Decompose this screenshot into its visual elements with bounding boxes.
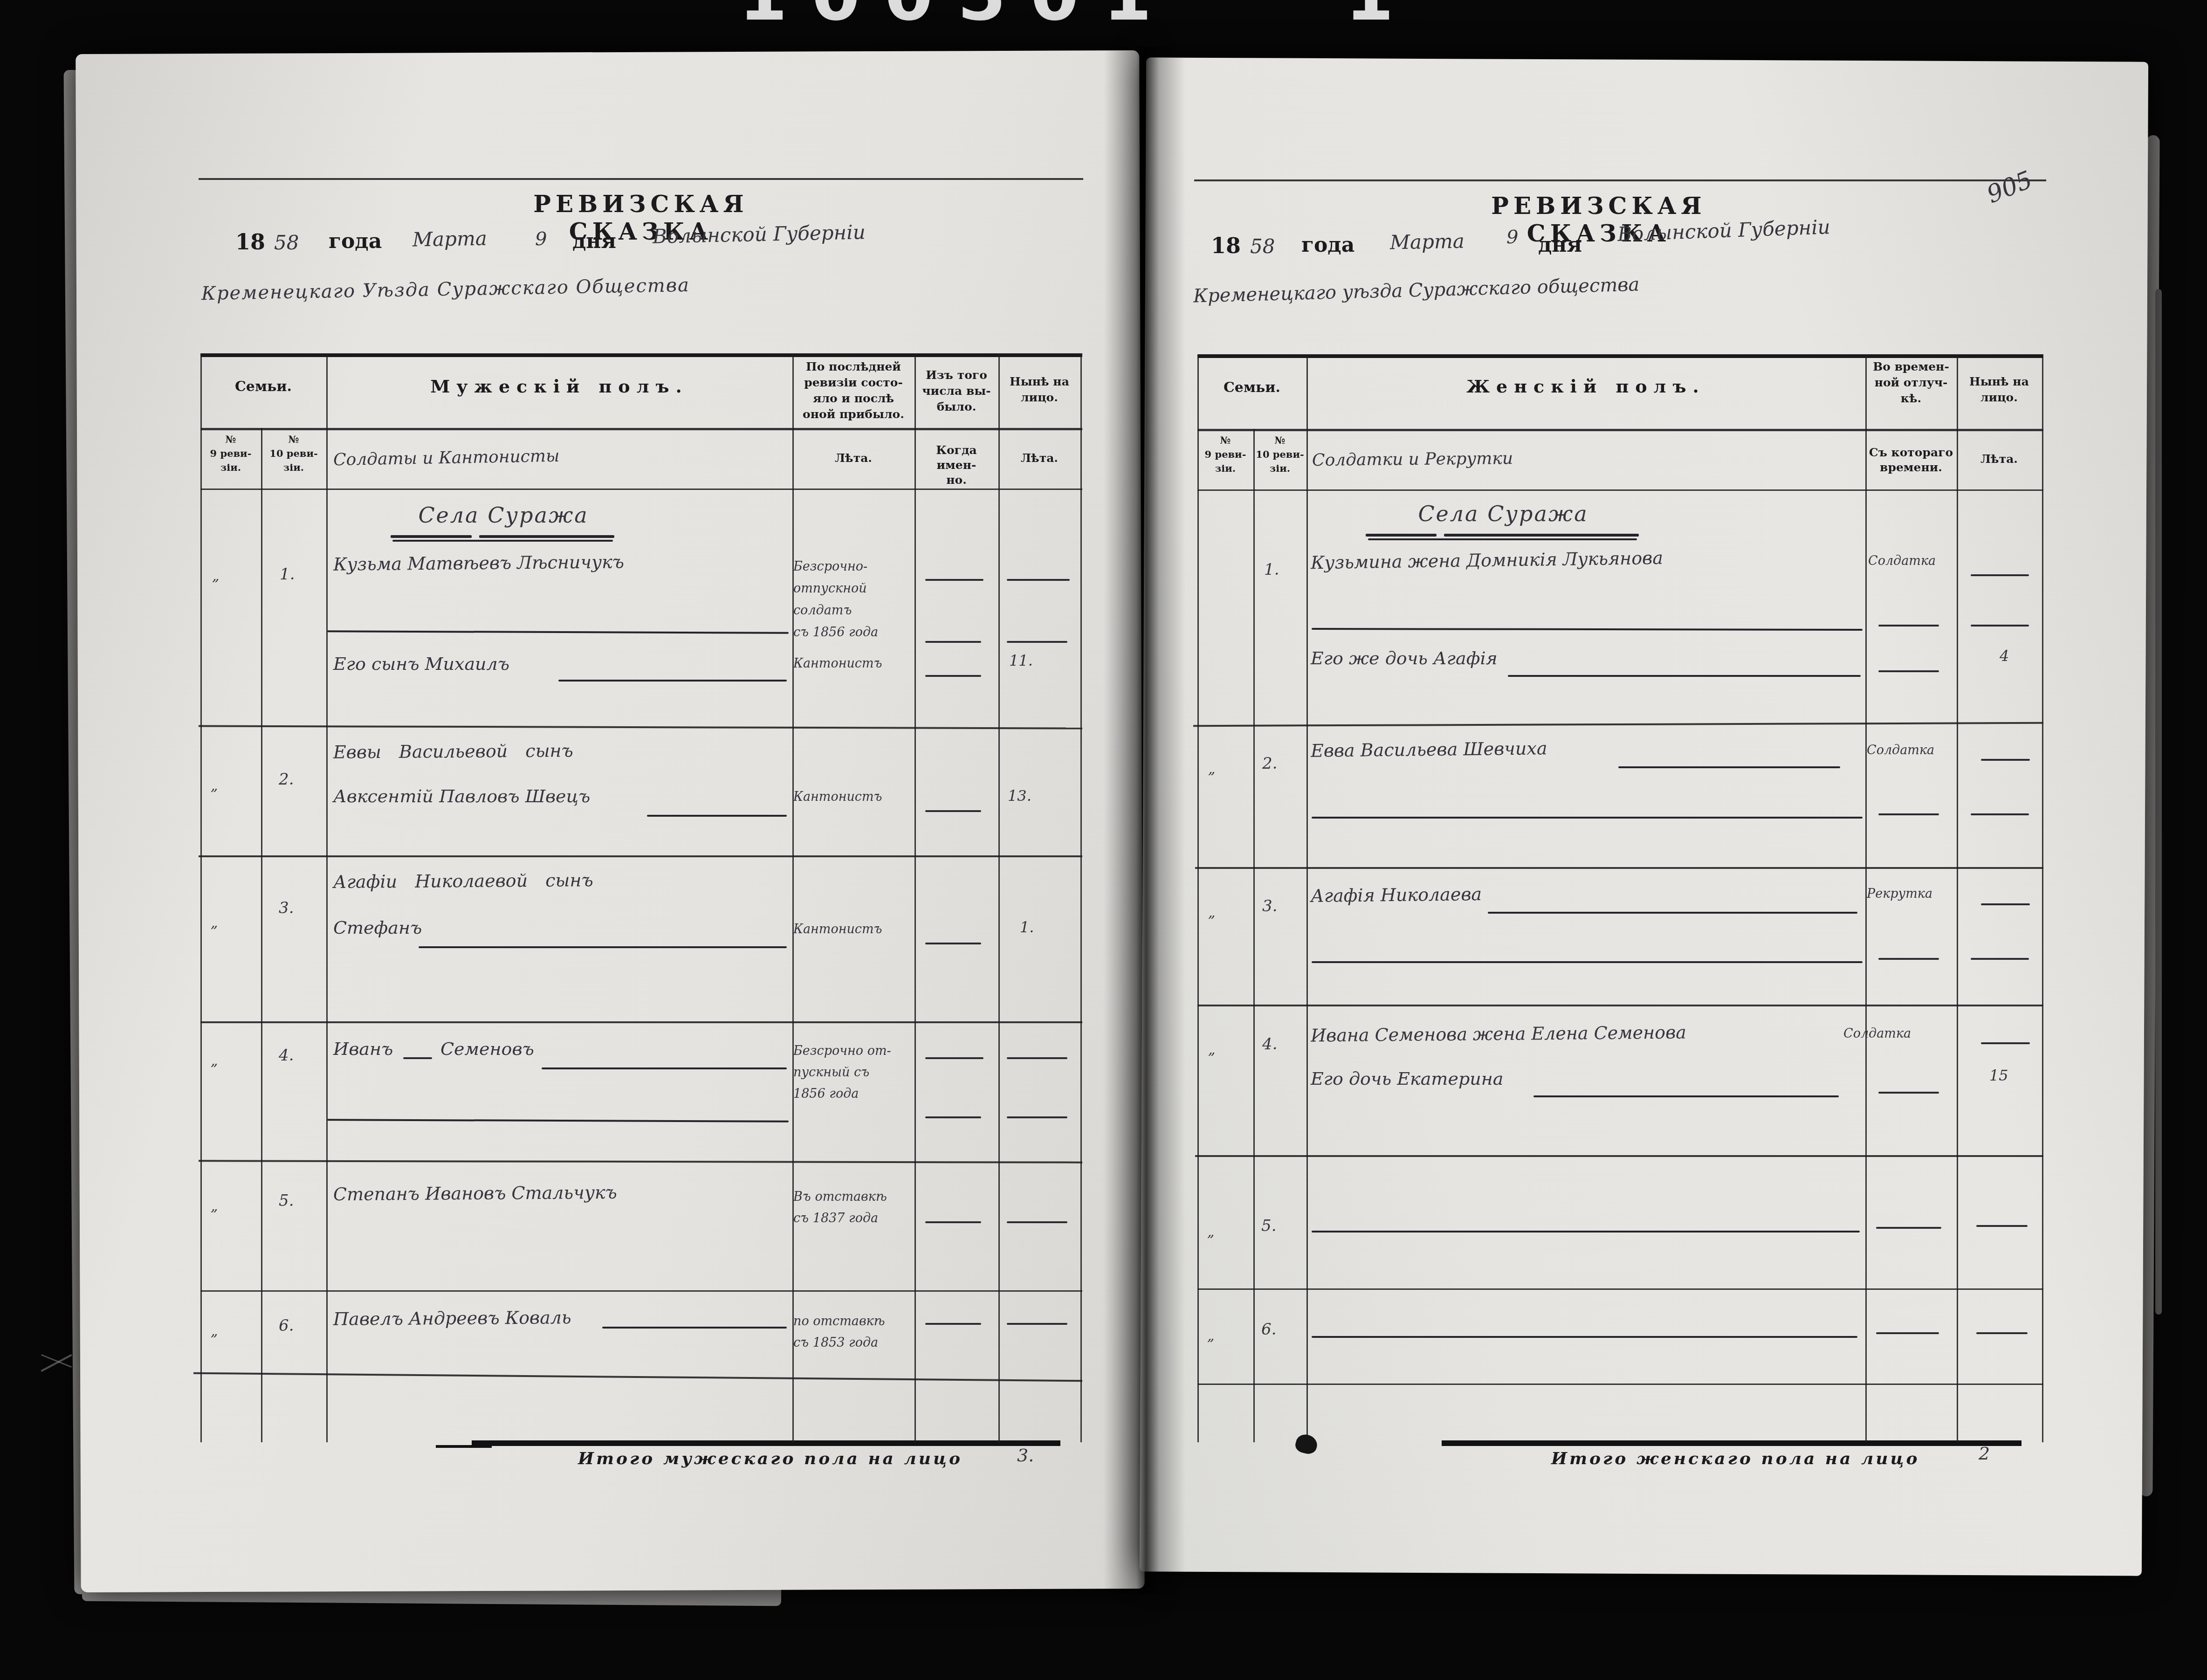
ink-dash	[1878, 670, 1939, 672]
ink-dash	[1971, 813, 2029, 815]
left-row-1-sub-age: 11.	[1009, 652, 1033, 669]
right-row-4-status: Солдатка	[1843, 1026, 1911, 1041]
right-col-present-sub: Лѣта.	[1958, 452, 2041, 466]
right-row-5-num: 5.	[1261, 1217, 1276, 1235]
left-row-4-name2: Семеновъ	[440, 1039, 534, 1059]
right-row-1-status: Солдатка	[1868, 554, 1936, 568]
left-row-5-name: Степанъ Ивановъ Стальчукъ	[333, 1182, 617, 1205]
ink-dash	[1007, 1057, 1067, 1059]
left-date-hw-day: 9	[535, 228, 547, 250]
left-row-4-rev9: „	[211, 1053, 218, 1069]
right-col-rev9: № 9 реви- зіи.	[1197, 434, 1253, 475]
ink-rule	[1488, 912, 1857, 914]
ink-rule	[1312, 1336, 1857, 1338]
left-row-1-rev9: „	[212, 568, 220, 584]
table-line	[914, 353, 916, 1442]
table-line	[1197, 1384, 2043, 1385]
film-frame-counter: 100501	[739, 0, 1289, 28]
left-footer-value: 3.	[1017, 1445, 1034, 1466]
book-gutter-shadow	[1104, 47, 1185, 1594]
left-col-main: Мужескій полъ.	[326, 376, 792, 397]
ink-rule	[602, 1327, 787, 1329]
ink-rule	[1444, 534, 1639, 537]
table-line	[261, 428, 262, 1442]
left-row-4-name: Иванъ	[333, 1039, 393, 1059]
table-line	[2042, 354, 2043, 1442]
table-line	[200, 353, 1082, 357]
left-row-1-status: Безсрочно- отпускной солдатъ съ 1856 год…	[793, 556, 910, 643]
ink-rule	[419, 946, 787, 948]
left-row-5-status: Въ отставкѣ съ 1837 года	[793, 1186, 910, 1229]
table-line	[1080, 353, 1082, 1442]
right-col-rev10: № 10 реви- зіи.	[1253, 434, 1306, 475]
table-line	[1197, 354, 2043, 358]
revision-list-scan: 100501 1 РЕВИЗСКАЯ СКАЗКА 18 58 года Мар…	[0, 0, 2207, 1680]
table-line	[1197, 429, 2043, 431]
right-row-1-sub-name: Его же дочь Агафія	[1311, 648, 1498, 668]
table-line	[200, 1021, 1082, 1023]
ink-dash	[1981, 1042, 2030, 1044]
right-row-3-name: Агафія Николаева	[1311, 884, 1482, 906]
ink-rule	[1312, 961, 1863, 963]
right-date-hw-month: Марта	[1390, 230, 1465, 254]
table-line	[1195, 867, 2043, 869]
ink-rule	[1533, 1095, 1839, 1097]
left-row-2-line1: Еввы Васильевой сынъ	[333, 740, 573, 763]
left-row-2-status: Кантонистъ	[793, 790, 882, 804]
left-col-last-revision: По послѣдней ревизіи состо- яло и послѣ …	[793, 359, 914, 422]
table-line	[200, 353, 202, 1442]
left-row-1-name: Кузьма Матвѣевъ Лѣсничукъ	[333, 551, 624, 574]
ink-dash	[1878, 1092, 1939, 1094]
right-row-4-sub-age: 15	[1989, 1067, 2008, 1084]
left-row-5-num: 5.	[279, 1191, 294, 1210]
left-row-2-age: 13.	[1008, 787, 1031, 805]
table-line	[1197, 1005, 2043, 1006]
left-footer-label: Итого мужескаго пола на лицо	[578, 1449, 963, 1468]
right-col-present: Нынѣ на лицо.	[1958, 374, 2041, 406]
right-date-hw-day: 9	[1506, 227, 1518, 248]
right-col-absent: Во времен- ной отлуч- кѣ.	[1866, 359, 1956, 406]
ink-dash	[1876, 1332, 1939, 1334]
right-row-5-rev9: „	[1207, 1224, 1215, 1240]
left-col-departed: Изъ того числа вы- было.	[915, 367, 997, 415]
ink-dash	[1976, 1332, 2028, 1334]
film-frame-stray-digit: 1	[1345, 0, 1406, 26]
left-date-printed-year: 18	[235, 229, 265, 255]
ink-rule	[1508, 675, 1861, 677]
page-top-rule	[1194, 179, 2046, 181]
table-line	[1197, 354, 1199, 1442]
ink-dash	[1007, 1221, 1067, 1223]
left-col-family: Семьи.	[200, 379, 326, 395]
ink-dash	[1878, 813, 1939, 815]
left-row-1-sub-name: Его сынъ Михаилъ	[333, 654, 509, 674]
right-date-hw-year: 58	[1250, 235, 1275, 258]
table-line	[998, 353, 1000, 1442]
left-row-2-rev9: „	[211, 778, 218, 794]
ink-rule	[542, 1067, 787, 1069]
ink-rule	[1366, 534, 1437, 537]
left-row-6-rev9: „	[211, 1323, 218, 1339]
right-row-2-name: Евва Васильева Шевчиха	[1311, 738, 1547, 761]
right-row-1-sub-age: 4	[2000, 647, 2009, 665]
left-row-4-num: 4.	[279, 1046, 294, 1065]
ink-dash	[1007, 1116, 1067, 1118]
left-col-present: Нынѣ на лицо.	[999, 374, 1079, 406]
ink-rule	[391, 535, 472, 538]
right-date-printed-year: 18	[1211, 233, 1241, 258]
ink-dash	[1007, 641, 1067, 643]
right-row-6-num: 6.	[1261, 1320, 1276, 1339]
ink-rule	[392, 540, 613, 542]
left-date-printed-goda: года	[329, 229, 382, 253]
table-line	[199, 855, 1082, 857]
film-frame-stray-digit-wrap: 1	[1345, 0, 1406, 26]
left-col-rev10: № 10 реви- зіи.	[261, 433, 326, 475]
table-line	[200, 489, 1082, 490]
table-footer-rule	[472, 1440, 1060, 1446]
ink-rule	[479, 535, 614, 538]
table-footer-rule	[1442, 1440, 2021, 1446]
right-row-6-rev9: „	[1207, 1328, 1215, 1344]
table-line	[200, 1290, 1082, 1292]
ink-dash	[1981, 759, 2030, 761]
table-line	[1957, 354, 1958, 1442]
left-row-3-num: 3.	[279, 899, 294, 917]
right-footer-label: Итого женскаго пола на лицо	[1551, 1449, 1919, 1468]
ink-dash	[925, 1057, 983, 1059]
left-date-hw-year: 58	[274, 231, 299, 254]
ink-dash	[1878, 958, 1939, 960]
ink-rule	[1618, 766, 1840, 768]
ink-dash	[1971, 958, 2029, 960]
right-col-main: Женскій полъ.	[1306, 376, 1865, 397]
ink-dash	[925, 810, 981, 812]
right-date-printed-goda: года	[1301, 233, 1354, 257]
left-row-1-sub-status: Кантонистъ	[793, 656, 882, 671]
right-footer-value: 2	[1979, 1443, 1990, 1464]
left-row-5-rev9: „	[211, 1198, 218, 1214]
ink-rule	[647, 815, 787, 817]
table-line	[1197, 1288, 2043, 1290]
right-row-4-num: 4.	[1262, 1035, 1277, 1053]
right-row-2-rev9: „	[1208, 761, 1216, 777]
table-line	[1197, 489, 2043, 491]
left-row-3-status: Кантонистъ	[793, 922, 882, 936]
left-row-6-status: по отставкѣ съ 1853 года	[793, 1311, 910, 1354]
table-footer-rule	[436, 1445, 492, 1448]
left-date-hw-province: Волынской Губерніи	[653, 220, 866, 248]
ink-rule	[1312, 1231, 1860, 1232]
right-col-family: Семьи.	[1197, 379, 1306, 396]
left-col-present-sub: Лѣта.	[999, 451, 1079, 465]
left-col-rev9: № 9 реви- зіи.	[200, 433, 261, 475]
table-line	[1306, 354, 1308, 1442]
left-row-4-status: Безсрочно от- пускный съ 1856 года	[793, 1040, 910, 1105]
left-row-6-name: Павелъ Андреевъ Коваль	[333, 1307, 571, 1329]
left-row-3-line2: Стефанъ	[333, 917, 422, 938]
left-row-2-num: 2.	[279, 770, 294, 789]
ink-rule	[558, 680, 787, 682]
ink-dash	[925, 579, 983, 581]
ink-dash	[403, 1057, 432, 1059]
right-date-printed-dnya: дня	[1538, 233, 1582, 257]
left-row-2-line2: Авксентій Павловъ Швецъ	[333, 786, 590, 806]
table-line	[326, 353, 328, 1442]
right-section-heading: Села Суража	[1363, 501, 1643, 526]
left-col-departed-sub: Когда имен- но.	[915, 443, 997, 488]
ink-dash	[1971, 574, 2029, 576]
ink-dash	[925, 1221, 981, 1223]
right-row-3-num: 3.	[1262, 897, 1277, 916]
ink-dash	[925, 675, 981, 677]
page-top-rule	[199, 178, 1083, 180]
ink-dash	[1876, 1227, 1941, 1229]
right-row-4-sub-name: Его дочь Екатерина	[1311, 1068, 1503, 1089]
right-row-4-name: Ивана Семенова жена Елена Семенова	[1311, 1022, 1686, 1046]
ink-rule	[1368, 538, 1637, 540]
left-row-3-rev9: „	[211, 915, 218, 931]
left-section-heading: Села Суража	[389, 503, 618, 528]
left-col-last-revision-sub: Лѣта.	[793, 451, 914, 465]
ink-dash	[1971, 625, 2029, 627]
left-col-main-sub-hw: Солдаты и Кантонисты	[333, 447, 560, 469]
right-row-4-rev9: „	[1208, 1041, 1216, 1058]
table-line	[792, 353, 794, 1442]
ink-dash	[1981, 903, 2030, 905]
ink-dash	[925, 1323, 981, 1325]
right-row-2-status: Солдатка	[1867, 743, 1934, 757]
left-row-6-num: 6.	[279, 1316, 294, 1335]
right-row-2-num: 2.	[1262, 754, 1277, 773]
table-line	[200, 428, 1082, 430]
ink-dash	[1007, 579, 1070, 581]
right-row-3-status: Рекрутка	[1867, 887, 1932, 901]
table-line	[1253, 429, 1255, 1442]
ink-dash	[925, 1116, 981, 1118]
left-row-3-age: 1.	[1020, 918, 1034, 936]
right-col-main-sub-hw: Солдатки и Рекрутки	[1312, 449, 1513, 470]
left-date-printed-dnya: дня	[572, 229, 616, 253]
ink-dash	[1007, 1323, 1067, 1325]
film-frame-digits: 100501	[739, 0, 1289, 28]
ink-dash	[925, 943, 981, 944]
ink-dash	[925, 641, 981, 643]
ink-rule	[1312, 817, 1863, 819]
right-row-3-rev9: „	[1208, 904, 1216, 921]
ink-dash	[1878, 625, 1939, 627]
right-row-1-num: 1.	[1264, 560, 1279, 579]
ink-dash	[1976, 1225, 2028, 1227]
right-col-absent-sub: Съ котораго времени.	[1866, 445, 1956, 475]
table-line	[1195, 1155, 2043, 1157]
left-row-1-num: 1.	[280, 565, 295, 584]
page-stack-edge-right-2	[2155, 289, 2162, 1315]
left-row-3-line1: Агафіи Николаевой сынъ	[333, 870, 593, 892]
left-date-hw-month: Марта	[413, 227, 488, 251]
